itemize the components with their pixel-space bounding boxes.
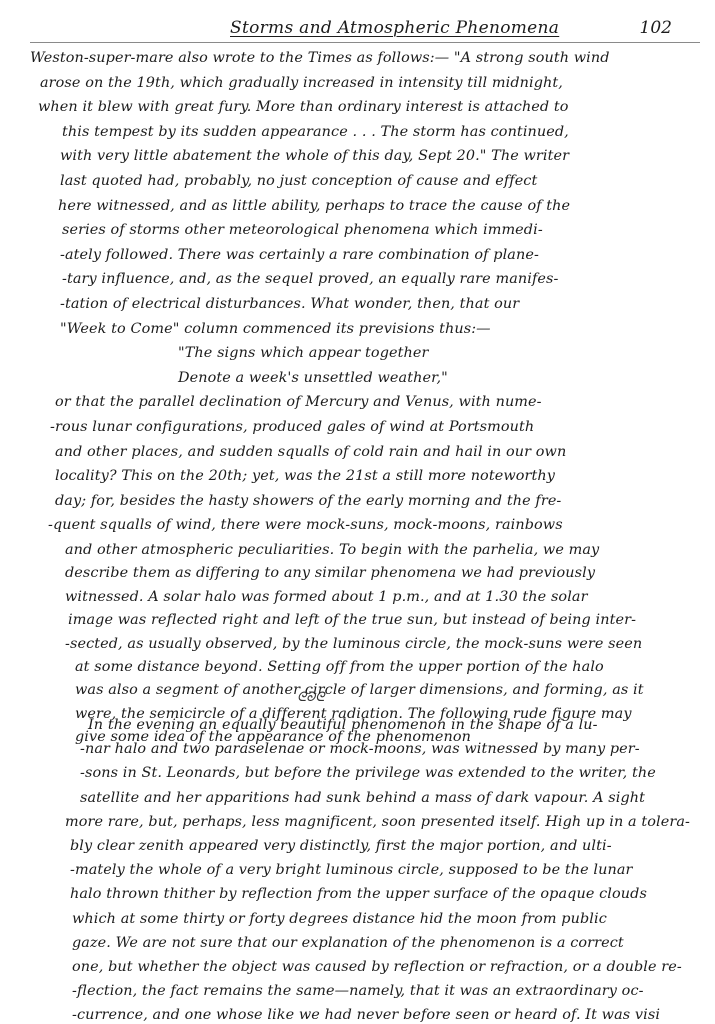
text-line: gaze. We are not sure that our explanati… xyxy=(72,933,624,953)
text-line: -currence, and one whose like we had nev… xyxy=(72,1005,660,1024)
text-line: arose on the 19th, which gradually incre… xyxy=(40,73,563,93)
quote-line: Denote a week's unsettled weather," xyxy=(178,368,448,388)
text-line: -tary influence, and, as the sequel prov… xyxy=(62,269,558,289)
text-line: series of storms other meteorological ph… xyxy=(62,220,543,240)
page-header: Storms and Atmospheric Phenomena 102 xyxy=(30,18,700,43)
text-line: "Week to Come" column commenced its prev… xyxy=(60,319,491,339)
text-line: at some distance beyond. Setting off fro… xyxy=(75,657,604,677)
text-line: -sons in St. Leonards, but before the pr… xyxy=(80,763,656,783)
text-line: locality? This on the 20th; yet, was the… xyxy=(55,466,555,486)
text-line: Weston-super-mare also wrote to the Time… xyxy=(30,48,610,68)
page-title: Storms and Atmospheric Phenomena xyxy=(230,18,559,38)
text-line: here witnessed, and as little ability, p… xyxy=(58,196,570,216)
text-line: more rare, but, perhaps, less magnificen… xyxy=(65,812,690,832)
text-line: bly clear zenith appeared very distinctl… xyxy=(70,836,612,856)
text-line: -sected, as usually observed, by the lum… xyxy=(65,634,642,654)
text-line: -quent squalls of wind, there were mock-… xyxy=(48,515,563,535)
text-line: and other places, and sudden squalls of … xyxy=(55,442,566,462)
quote-line: "The signs which appear together xyxy=(178,343,428,363)
text-line: and other atmospheric peculiarities. To … xyxy=(65,540,599,560)
text-line: describe them as differing to any simila… xyxy=(65,563,595,583)
text-line: -ately followed. There was certainly a r… xyxy=(60,245,539,265)
text-line: last quoted had, probably, no just conce… xyxy=(60,171,537,191)
text-line: halo thrown thither by reflection from t… xyxy=(70,884,647,904)
text-line: image was reflected right and left of th… xyxy=(68,610,636,630)
text-line: -flection, the fact remains the same—nam… xyxy=(72,981,644,1001)
text-line: -tation of electrical disturbances. What… xyxy=(60,294,519,314)
text-line: was also a segment of another circle of … xyxy=(75,680,644,700)
text-line: this tempest by its sudden appearance . … xyxy=(62,122,569,142)
text-line: satellite and her apparitions had sunk b… xyxy=(80,788,645,808)
text-line: In the evening an equally beautiful phen… xyxy=(88,715,598,735)
text-line: one, but whether the object was caused b… xyxy=(72,957,682,977)
text-line: which at some thirty or forty degrees di… xyxy=(72,909,607,929)
ornament-figure: ᘓᘐᘓ xyxy=(297,690,324,705)
text-line: when it blew with great fury. More than … xyxy=(38,97,569,117)
text-line: -nar halo and two paraselenae or mock-mo… xyxy=(80,739,640,759)
manuscript-page: Storms and Atmospheric Phenomena 102 Wes… xyxy=(0,0,715,1024)
page-number: 102 xyxy=(640,18,672,38)
text-line: or that the parallel declination of Merc… xyxy=(55,392,542,412)
text-line: day; for, besides the hasty showers of t… xyxy=(55,491,561,511)
text-line: -rous lunar configurations, produced gal… xyxy=(50,417,534,437)
text-line: -mately the whole of a very bright lumin… xyxy=(70,860,633,880)
text-line: with very little abatement the whole of … xyxy=(60,146,569,166)
text-line: witnessed. A solar halo was formed about… xyxy=(65,587,588,607)
